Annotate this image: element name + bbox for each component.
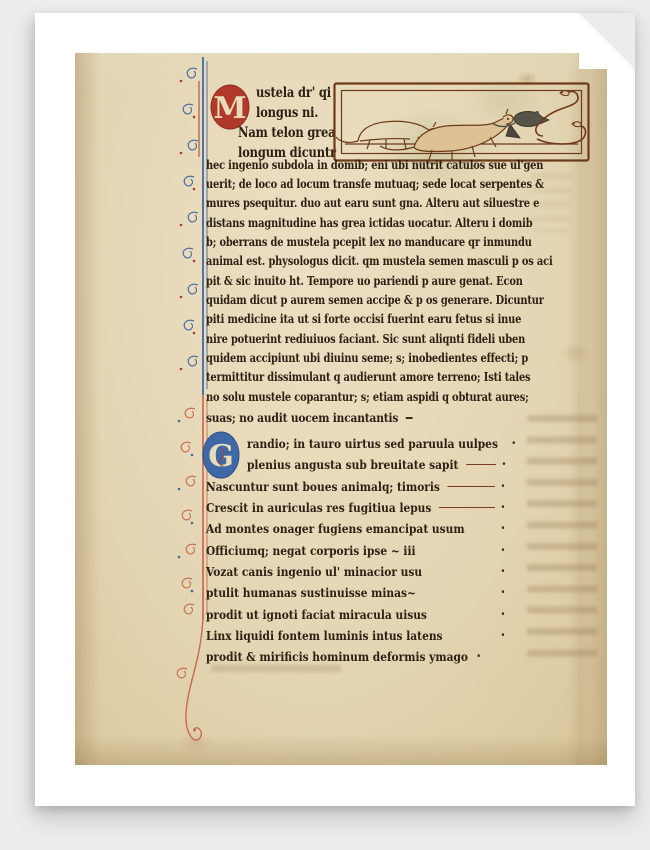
verse-dot: · (501, 607, 505, 622)
scene: { "scene": { "background_color": "#ecece… (0, 0, 650, 850)
main-text-line: termittitur dissimulant q audierunt amor… (206, 370, 530, 384)
main-text-line: suas; no audit uocem incantantis (206, 409, 419, 425)
verse-line: Crescit in auriculas res fugitiua lepus … (206, 499, 505, 515)
verse-text: ptulit humanas sustinuisse minas~ (206, 585, 416, 600)
line-filler (448, 486, 495, 487)
verse-line: Ad montes onager fugiens emancipat usum … (206, 520, 505, 536)
line-filler (430, 571, 495, 572)
verse-line: prodit & mirificis hominum deformis ymag… (206, 648, 481, 664)
verse-dot: · (501, 500, 505, 515)
initial-m-letter: M (213, 91, 246, 126)
line-filler (424, 592, 495, 593)
verse-line: Vozat canis ingenio ul' minacior usu · (206, 563, 505, 579)
line-filler (435, 614, 495, 615)
verse-line: Nascuntur sunt boues animalq; timoris · (206, 478, 505, 494)
line-filler (450, 635, 495, 636)
main-text-line: pit & sic inuito ht. Tempore uo pariendi… (206, 274, 523, 288)
line-filler (439, 507, 495, 508)
verse-dot: · (501, 521, 505, 536)
main-text-line: quidam dicut p aurem semen accipe & p os… (206, 293, 544, 307)
manuscript-page: M ustela dr' qi longus ni. Nam telon gre… (75, 53, 607, 765)
show-through-text (211, 665, 341, 677)
initial-g: G (201, 430, 243, 482)
main-text-line: nire potuerint rediuiuos faciant. Sic su… (206, 332, 525, 346)
main-text-line: distans magnitudine has grea ictidas uoc… (206, 216, 532, 230)
main-text-line: piti medicine ita ut si forte occisi fue… (206, 312, 521, 326)
verse-text: Crescit in auriculas res fugitiua lepus (206, 500, 431, 515)
verse-text: Officiumq; negat corporis ipse ~ iii (206, 543, 416, 558)
opening-line: longus ni. (256, 105, 318, 121)
verse-dot: · (501, 479, 505, 494)
main-text-line: quidem accipiunt ubi diuinu seme; s; ino… (206, 351, 528, 365)
main-text-line: uerit; de loco ad locum transfe mutuaq; … (206, 177, 544, 191)
verse-text: prodit & mirificis hominum deformis ymag… (206, 649, 468, 664)
main-text-line: no solu mustele coparantur; s; etiam asp… (206, 390, 529, 404)
verse-line: plenius angusta sub breuitate sapit · (247, 456, 506, 472)
verse-dot: · (501, 628, 505, 643)
verse-text: Vozat canis ingenio ul' minacior usu (206, 564, 422, 579)
opening-line: Nam telon grea (238, 125, 335, 141)
show-through-text (531, 173, 571, 233)
verse-line: Officiumq; negat corporis ipse ~ iii · (206, 542, 505, 558)
verse-line: Linx liquidi fontem luminis intus latens… (206, 627, 505, 643)
verse-text: Nascuntur sunt boues animalq; timoris (206, 479, 440, 494)
verse-dot: · (501, 564, 505, 579)
verse-text: Ad montes onager fugiens emancipat usum (206, 521, 465, 536)
verse-text: Linx liquidi fontem luminis intus latens (206, 628, 443, 643)
main-text-line: b; oberrans de mustela pcepit lex no man… (206, 235, 532, 249)
line-filler (472, 528, 495, 529)
serpent-upper-icon (536, 91, 578, 136)
main-text-line: hec ingenio subdola in domib; eni ubi nu… (206, 158, 543, 172)
verse-dot: · (501, 585, 505, 600)
verse-line: ptulit humanas sustinuisse minas~ · (206, 584, 505, 600)
initial-g-letter: G (208, 439, 234, 474)
serpent-lower-icon (537, 122, 586, 144)
verse-text: plenius angusta sub breuitate sapit (247, 457, 458, 472)
verse-text: randio; in tauro uirtus sed paruula uulp… (247, 436, 498, 451)
main-text-line: animal est. physologus dicit. qm mustela… (206, 254, 553, 268)
opening-line: ustela dr' qi (256, 85, 331, 101)
show-through-text (527, 415, 597, 665)
main-text-line: mures psequitur. duo aut earu sunt gna. … (206, 196, 539, 210)
main-text-last: suas; no audit uocem incantantis (206, 410, 398, 425)
art-print-sheet: M ustela dr' qi longus ni. Nam telon gre… (35, 13, 635, 806)
line-filler (423, 550, 495, 551)
verse-line: prodit ut ignoti faciat miracula uisus · (206, 606, 505, 622)
line-filler (406, 417, 413, 419)
verse-dot: · (501, 543, 505, 558)
verse-dot: · (477, 649, 481, 664)
verse-line: randio; in tauro uirtus sed paruula uulp… (247, 435, 506, 451)
verse-text: prodit ut ignoti faciat miracula uisus (206, 607, 427, 622)
verse-dot: · (512, 436, 516, 451)
line-filler (466, 464, 496, 465)
verse-dot: · (502, 457, 506, 472)
weasel-illustration (332, 79, 594, 167)
